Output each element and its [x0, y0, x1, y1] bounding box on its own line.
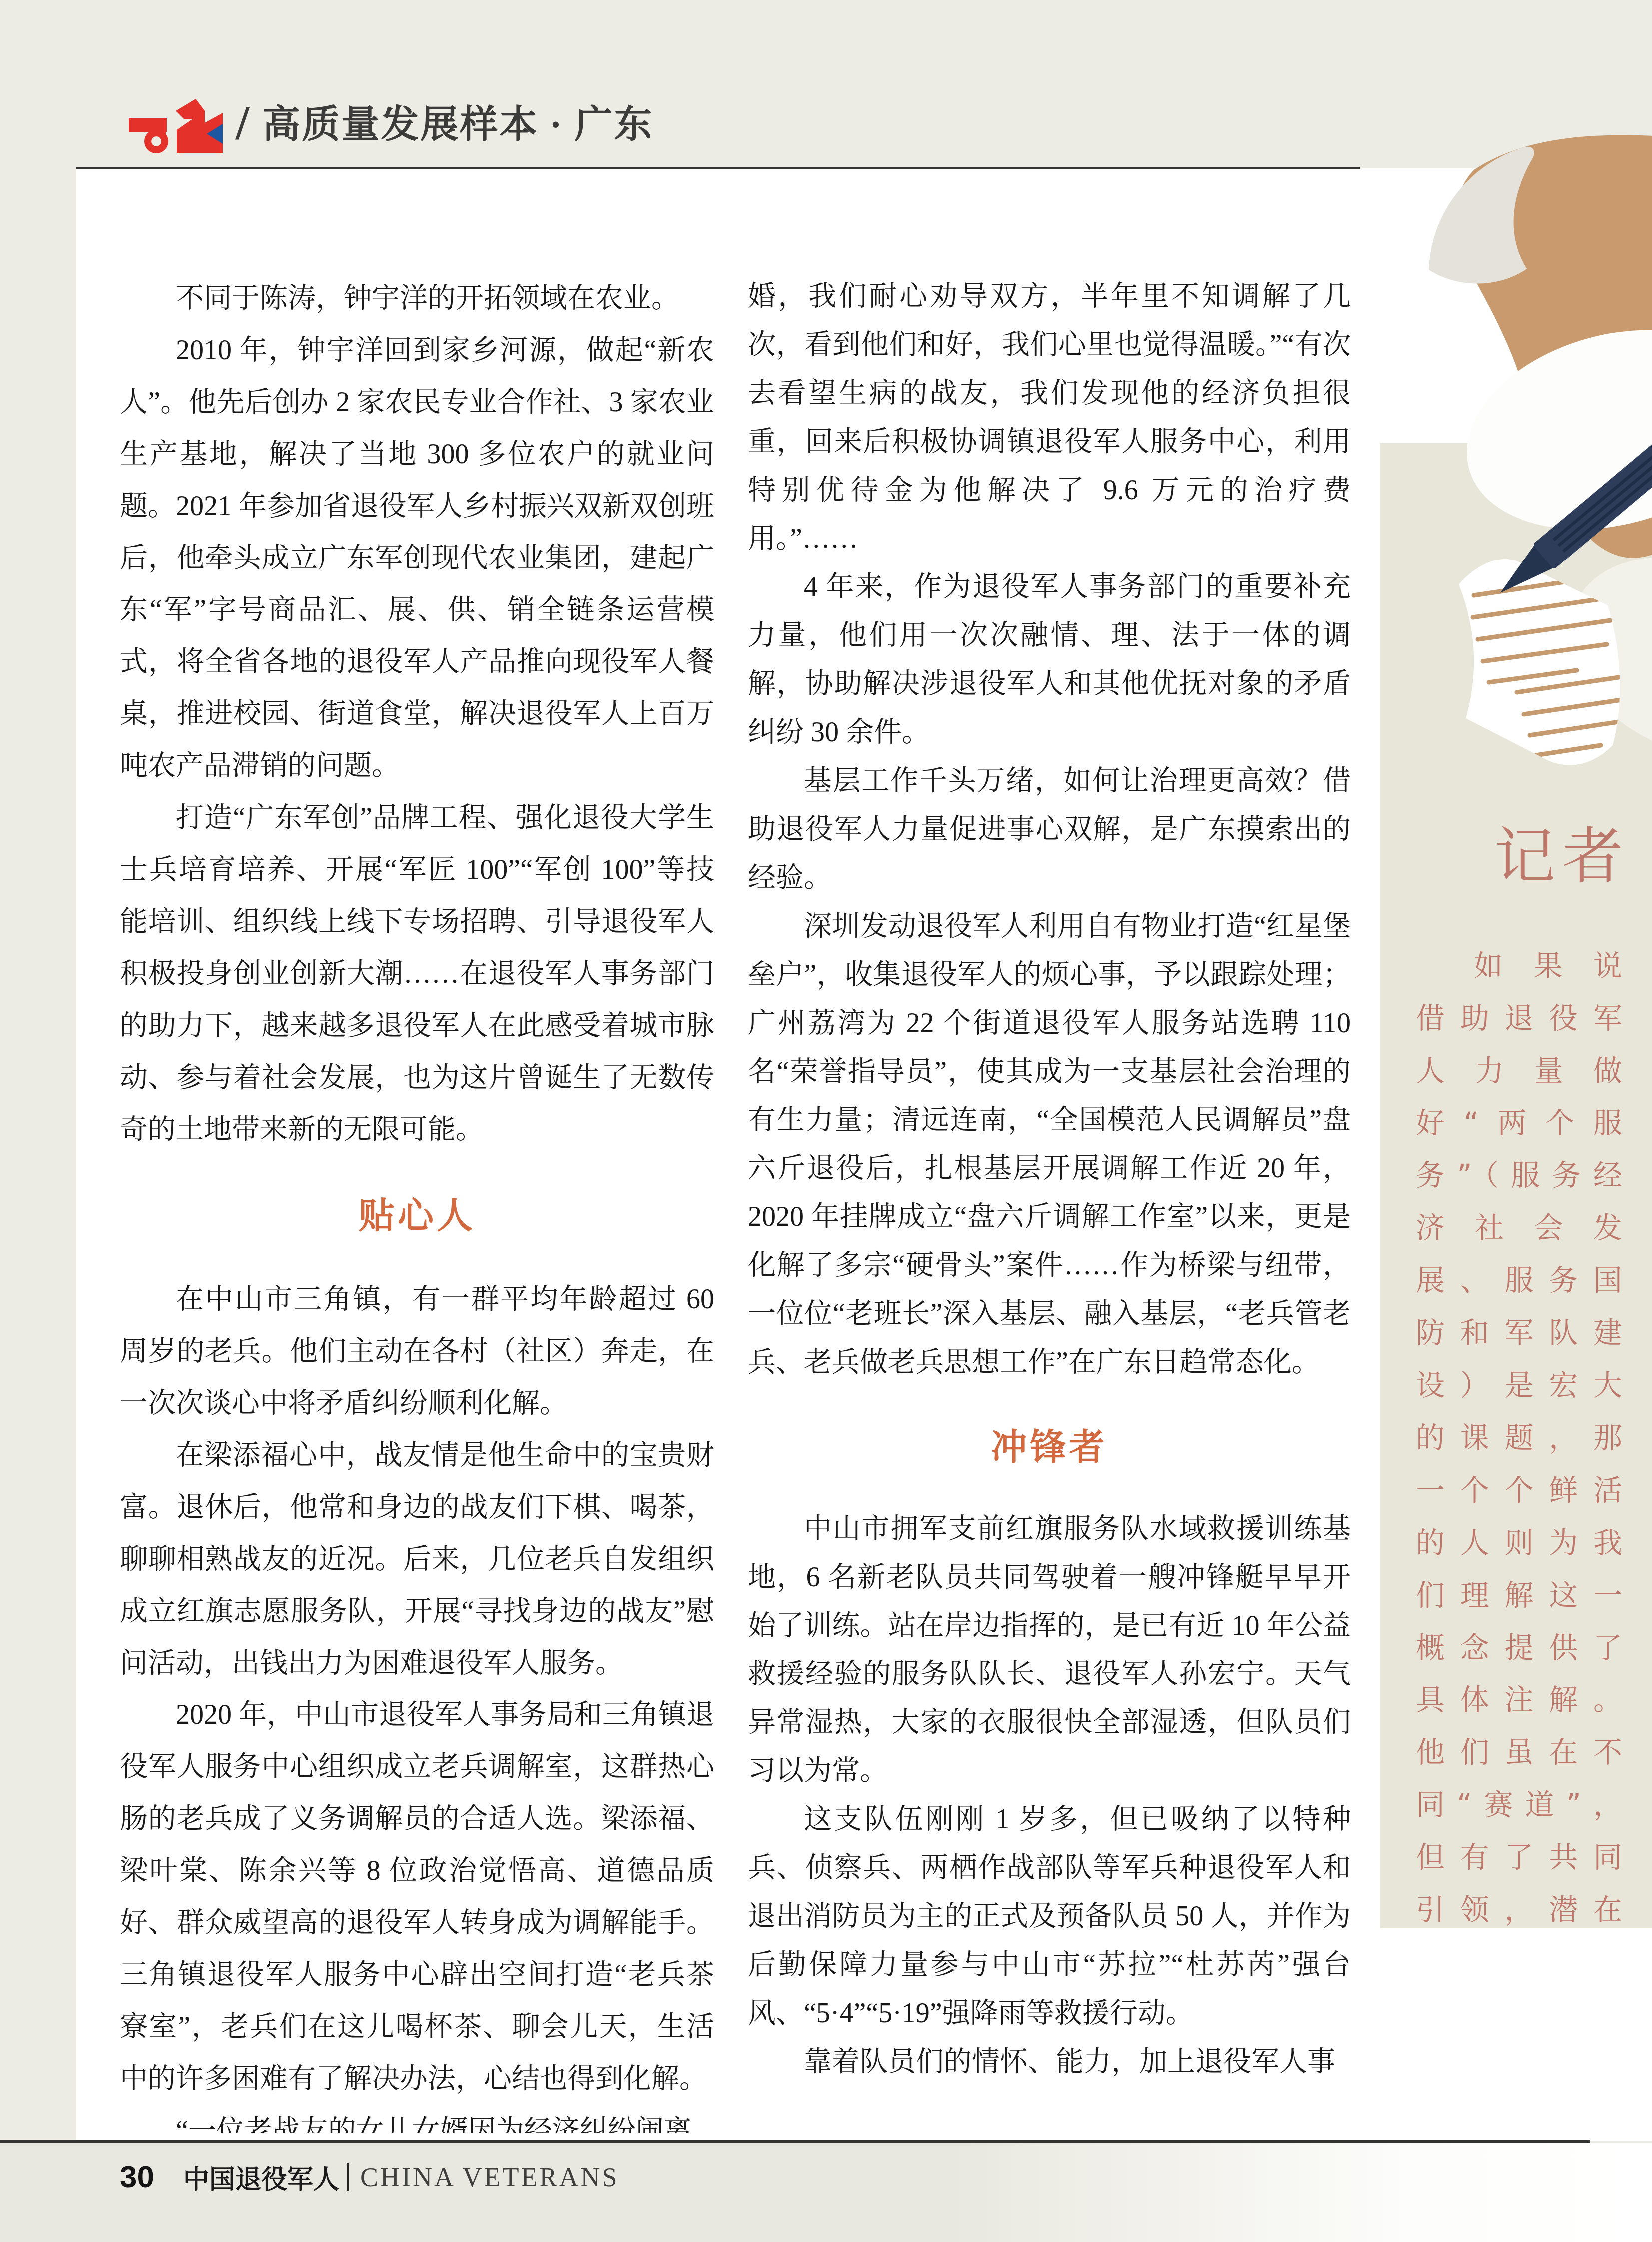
paragraph: “一位老战友的女儿女婿因为经济纠纷闹离 — [120, 2105, 714, 2133]
page-header: / 高质量发展样本 · 广东 — [128, 96, 654, 153]
page-footer: 30 中国退役军人 CHINA VETERANS — [120, 2158, 619, 2196]
paragraph: 2020 年，中山市退役军人事务局和三角镇退役军人服务中心组织成立老兵调解室，这… — [120, 1689, 714, 2105]
paragraph: 深圳发动退役军人利用自有物业打造“红星堡垒户”，收集退役军人的烦心事，予以跟踪处… — [748, 902, 1351, 1387]
paragraph: 打造“广东军创”品牌工程、强化退役大学生士兵培育培养、开展“军匠 100”“军创… — [120, 792, 714, 1155]
paragraph: 在梁添福心中，战友情是他生命中的宝贵财富。退休后，他常和身边的战友们下棋、喝茶，… — [120, 1429, 714, 1689]
magazine-name-cn: 中国退役军人 — [183, 2158, 339, 2196]
paragraph: 4 年来，作为退役军人事务部门的重要补充力量，他们用一次次融情、理、法于一体的调… — [748, 563, 1351, 757]
header-rule — [76, 167, 1360, 169]
paragraph: 基层工作千头万绪，如何让治理更高效？借助退役军人力量促进事心双解，是广东摸索出的… — [748, 757, 1351, 902]
paragraph: 2010 年，钟宇洋回到家乡河源，做起“新农人”。他先后创办 2 家农民专业合作… — [120, 324, 714, 792]
paragraph: 中山市拥军支前红旗服务队水域救援训练基地，6 名新老队员共同驾驶着一艘冲锋艇早早… — [748, 1505, 1351, 1795]
paragraph: 在中山市三角镇，有一群平均年龄超过 60 周岁的老兵。他们主动在各村（社区）奔走… — [120, 1273, 714, 1429]
paragraph: 不同于陈涛，钟宇洋的开拓领域在农业。 — [120, 272, 714, 324]
article-column-1: 不同于陈涛，钟宇洋的开拓领域在农业。2010 年，钟宇洋回到家乡河源，做起“新农… — [120, 272, 714, 2133]
sidebar-panel: 记者 如果说借助退役军人力量做好“两个服务”（服务经济社会发展、服务国防和军队建… — [1380, 443, 1652, 1928]
magazine-logo-icon — [128, 96, 223, 153]
header-slash: / — [236, 98, 249, 147]
paragraph: 靠着队员们的情怀、能力，加上退役军人事 — [748, 2038, 1351, 2086]
section-heading: 冲锋者 — [748, 1418, 1351, 1470]
footer-rule — [0, 2140, 1590, 2143]
page-number: 30 — [120, 2159, 154, 2195]
paragraph: 这支队伍刚刚 1 岁多，但已吸纳了以特种兵、侦察兵、两栖作战部队等军兵种退役军人… — [748, 1795, 1351, 2038]
footer-divider — [347, 2163, 349, 2191]
paragraph: 婚，我们耐心劝导双方，半年里不知调解了几次，看到他们和好，我们心里也觉得温暖。”… — [748, 272, 1351, 563]
magazine-name-en: CHINA VETERANS — [360, 2162, 619, 2193]
header-title: 高质量发展样本 · 广东 — [262, 106, 653, 144]
section-heading: 贴心人 — [120, 1186, 714, 1238]
sidebar-title: 记者 — [1380, 823, 1652, 890]
magazine-page: / 高质量发展样本 · 广东 不同于陈涛，钟宇洋的开拓领域在农业。2010 年，… — [0, 0, 1652, 2242]
sidebar-note-text: 如果说借助退役军人力量做好“两个服务”（服务经济社会发展、服务国防和军队建设）是… — [1416, 940, 1634, 1936]
article-column-2: 婚，我们耐心劝导双方，半年里不知调解了几次，看到他们和好，我们心里也觉得温暖。”… — [748, 272, 1351, 2133]
